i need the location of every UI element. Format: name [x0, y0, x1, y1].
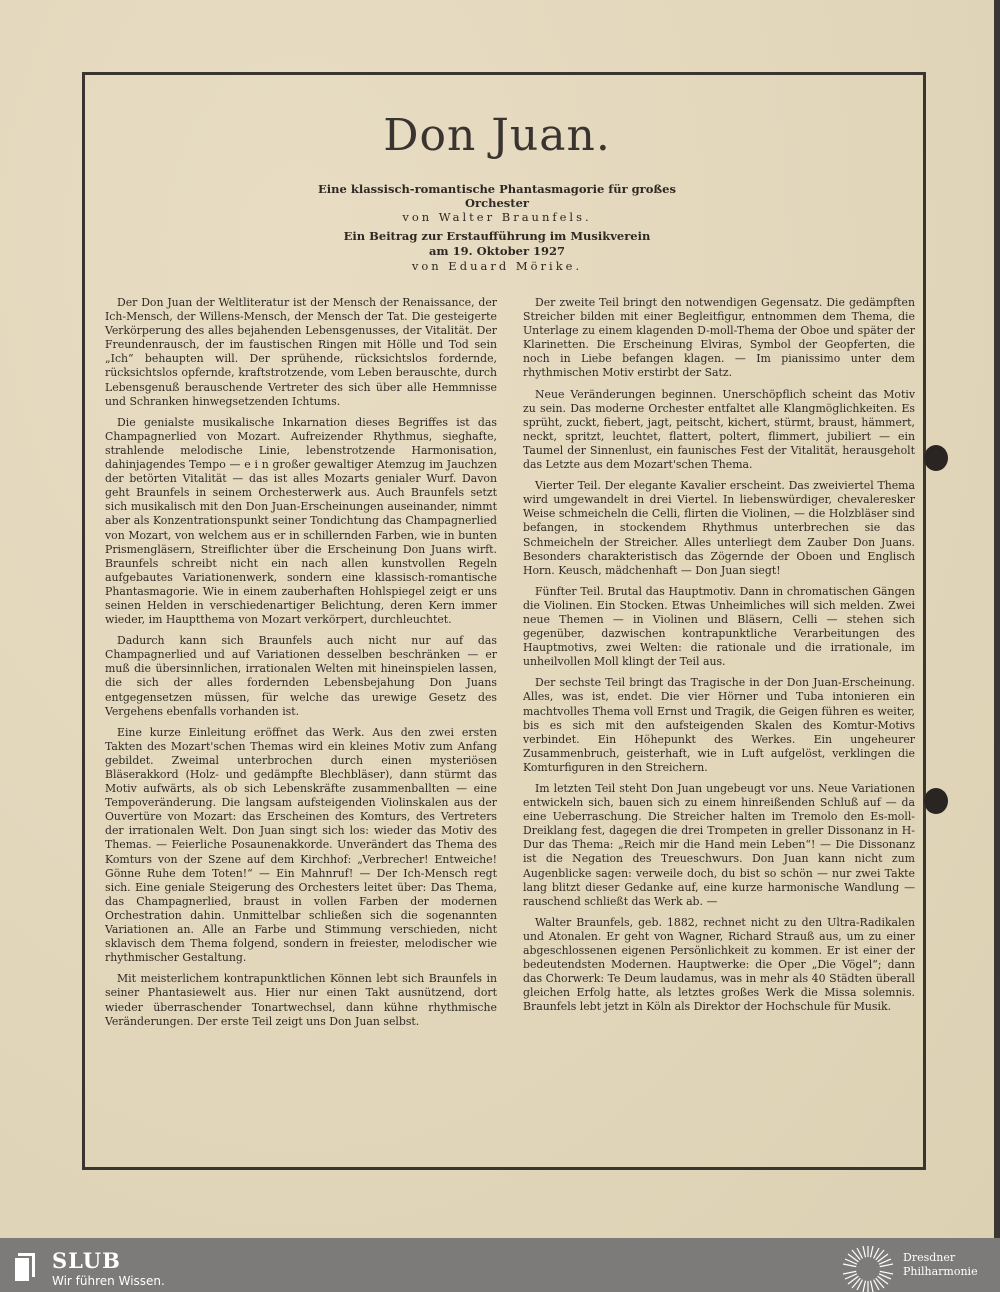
sunburst-ring-icon: [840, 1244, 896, 1292]
paragraph: Der zweite Teil bringt den notwendigen G…: [523, 296, 915, 381]
right-column: Der zweite Teil bringt den notwendigen G…: [523, 296, 915, 1022]
paragraph: Eine kurze Einleitung eröffnet das Werk.…: [105, 726, 497, 966]
paragraph: Der sechste Teil bringt das Tragische in…: [523, 676, 915, 775]
document-title: Don Juan.: [0, 110, 994, 161]
slub-tagline: Wir führen Wissen.: [52, 1274, 165, 1288]
contribution-line-2: am 19. Oktober 1927: [0, 244, 994, 258]
left-column: Der Don Juan der Weltliteratur ist der M…: [105, 296, 497, 1036]
paragraph: Im letzten Teil steht Don Juan ungebeugt…: [523, 782, 915, 909]
subtitle-line-2: Orchester: [0, 196, 994, 210]
philharmonie-name-line-2: Philharmonie: [903, 1265, 978, 1279]
book-icon: [13, 1252, 37, 1282]
paragraph: Dadurch kann sich Braunfels auch nicht n…: [105, 634, 497, 719]
subtitle-line-1: Eine klassisch-romantische Phantasmagori…: [0, 182, 994, 196]
page-edge-shadow: [994, 0, 1000, 1238]
paragraph: Walter Braunfels, geb. 1882, rechnet nic…: [523, 916, 915, 1015]
paragraph: Neue Veränderungen beginnen. Unerschöpfl…: [523, 388, 915, 473]
punch-hole: [924, 445, 948, 471]
author-line: von Eduard Mörike.: [0, 259, 994, 273]
philharmonie-name-line-1: Dresdner: [903, 1251, 978, 1265]
paragraph: Mit meisterlichem kontrapunktlichen Könn…: [105, 972, 497, 1028]
paragraph: Der Don Juan der Weltliteratur ist der M…: [105, 296, 497, 409]
paragraph: Die genialste musikalische Inkarnation d…: [105, 416, 497, 627]
contribution-line-1: Ein Beitrag zur Erstaufführung im Musikv…: [0, 229, 994, 243]
composer-line: von Walter Braunfels.: [0, 210, 994, 224]
punch-hole: [924, 788, 948, 814]
scanned-page: Don Juan. Eine klassisch-romantische Pha…: [0, 0, 994, 1238]
paragraph: Vierter Teil. Der elegante Kavalier ersc…: [523, 479, 915, 578]
paragraph: Fünfter Teil. Brutal das Hauptmotiv. Dan…: [523, 585, 915, 670]
slub-logo-text: SLUB: [52, 1248, 121, 1273]
footer-bar: SLUB Wir führen Wissen. Dresdner Philhar…: [0, 1238, 1000, 1292]
philharmonie-logo-text: Dresdner Philharmonie: [903, 1251, 978, 1279]
